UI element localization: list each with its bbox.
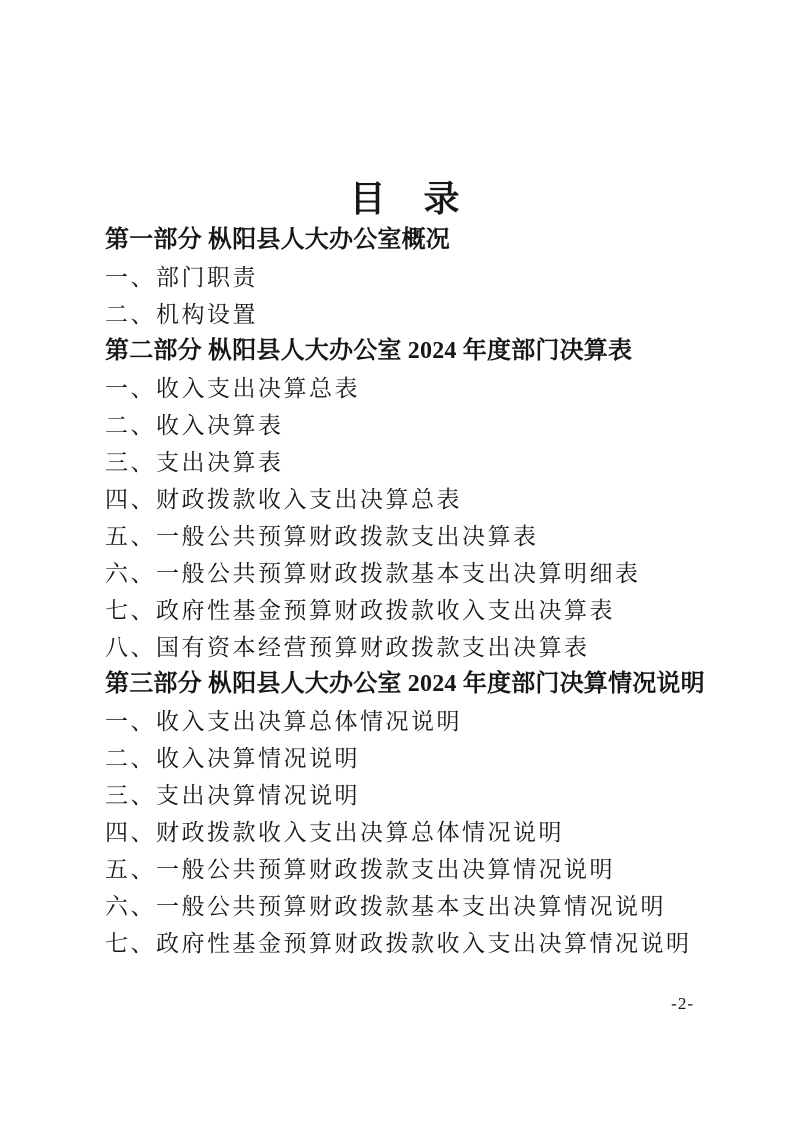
toc-item: 六、一般公共预算财政拨款基本支出决算情况说明 [105, 888, 705, 925]
page-title: 目 录 [105, 0, 705, 222]
toc-item: 七、政府性基金预算财政拨款收入支出决算表 [105, 592, 705, 629]
section-heading-1: 第一部分 枞阳县人大办公室概况 [105, 222, 705, 259]
toc-item: 八、国有资本经营预算财政拨款支出决算表 [105, 629, 705, 666]
toc-item: 一、部门职责 [105, 259, 705, 296]
toc-item: 七、政府性基金预算财政拨款收入支出决算情况说明 [105, 925, 705, 962]
toc-item: 一、收入支出决算总体情况说明 [105, 703, 705, 740]
toc-item: 二、收入决算情况说明 [105, 740, 705, 777]
toc-item: 五、一般公共预算财政拨款支出决算情况说明 [105, 851, 705, 888]
toc-item: 五、一般公共预算财政拨款支出决算表 [105, 518, 705, 555]
table-of-contents: 目 录 第一部分 枞阳县人大办公室概况一、部门职责二、机构设置第二部分 枞阳县人… [105, 0, 705, 962]
toc-item: 二、机构设置 [105, 296, 705, 333]
toc-item: 三、支出决算情况说明 [105, 777, 705, 814]
section-heading-2: 第二部分 枞阳县人大办公室 2024 年度部门决算表 [105, 333, 705, 370]
toc-item: 四、财政拨款收入支出决算总体情况说明 [105, 814, 705, 851]
toc-item: 四、财政拨款收入支出决算总表 [105, 481, 705, 518]
document-page: 目 录 第一部分 枞阳县人大办公室概况一、部门职责二、机构设置第二部分 枞阳县人… [0, 0, 793, 1122]
section-heading-3: 第三部分 枞阳县人大办公室 2024 年度部门决算情况说明 [105, 666, 705, 703]
toc-item: 二、收入决算表 [105, 407, 705, 444]
page-number: -2- [671, 994, 694, 1014]
toc-item: 一、收入支出决算总表 [105, 370, 705, 407]
toc-sections: 第一部分 枞阳县人大办公室概况一、部门职责二、机构设置第二部分 枞阳县人大办公室… [105, 222, 705, 962]
toc-item: 三、支出决算表 [105, 444, 705, 481]
toc-item: 六、一般公共预算财政拨款基本支出决算明细表 [105, 555, 705, 592]
